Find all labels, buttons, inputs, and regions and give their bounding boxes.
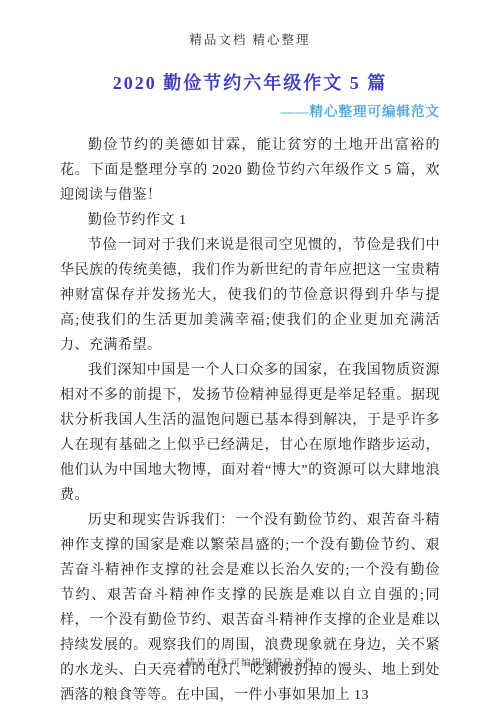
paragraph: 勤俭节约的美德如甘霖，能让贫穷的土地开出富裕的花。下面是整理分享的 2020 勤… — [60, 133, 440, 208]
paragraph: 节俭一词对于我们来说是很司空见惯的，节俭是我们中华民族的传统美德，我们作为新世纪… — [60, 233, 440, 358]
paragraph: 勤俭节约作文 1 — [60, 208, 440, 233]
document-title: 2020 勤俭节约六年级作文 5 篇 — [60, 69, 440, 95]
document-page: 精品文档 精心整理 2020 勤俭节约六年级作文 5 篇 ——精心整理可编辑范文… — [0, 0, 500, 707]
paragraph: 历史和现实告诉我们：一个没有勤俭节约、艰苦奋斗精神作支撑的国家是难以繁荣昌盛的;… — [60, 508, 440, 707]
page-footer: 精品文档 可编辑的精品文档 — [0, 655, 500, 669]
document-subtitle: ——精心整理可编辑范文 — [60, 100, 440, 120]
paragraph: 我们深知中国是一个人口众多的国家，在我国物质资源相对不多的前提下，发扬节俭精神显… — [60, 358, 440, 508]
page-header: 精品文档 精心整理 — [60, 0, 440, 48]
document-body: 勤俭节约的美德如甘霖，能让贫穷的土地开出富裕的花。下面是整理分享的 2020 勤… — [60, 133, 440, 707]
